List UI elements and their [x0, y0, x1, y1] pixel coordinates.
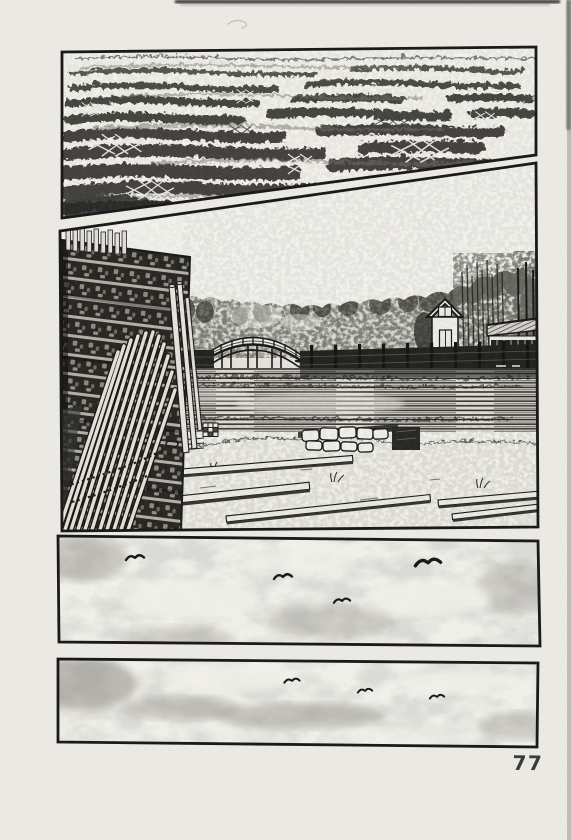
manga-page: 77: [0, 0, 571, 840]
paper-texture: [0, 0, 571, 840]
page-artwork: [0, 0, 571, 840]
page-number: 77: [506, 751, 550, 775]
